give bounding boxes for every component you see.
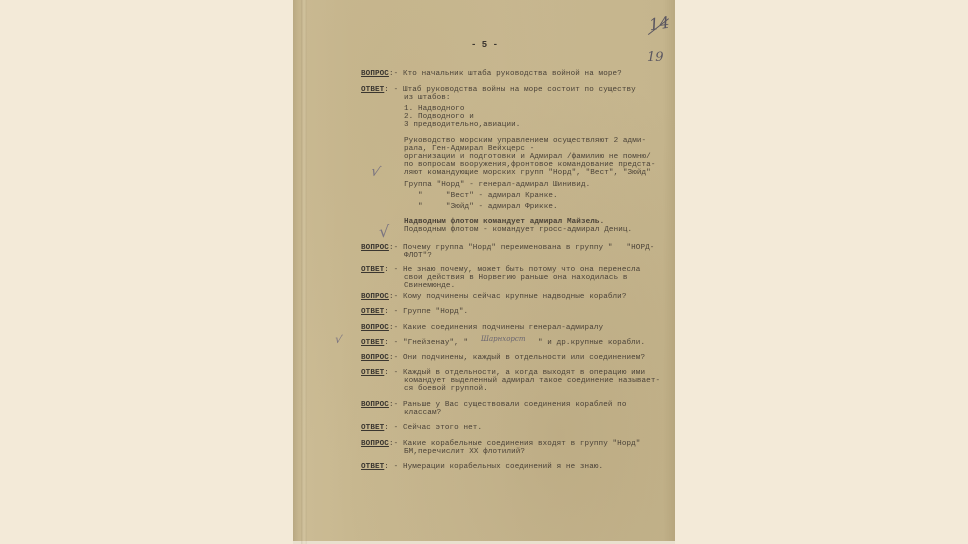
checkmark-icon: √: [379, 222, 389, 241]
paragraph-line: по вопросам вооружения,фронтовое командо…: [404, 161, 655, 169]
group-line: " "Зюйд" - адмирал Фрикке.: [404, 203, 558, 211]
staff-list-item: 2. Подводного и: [404, 113, 474, 121]
qa-question: ВОПРОС:- Какие соединения подчинены гене…: [361, 324, 603, 332]
answer-line: ся боевой группой.: [404, 385, 488, 393]
question-label: ВОПРОС: [361, 324, 389, 332]
answer-line: из штабов:: [404, 94, 451, 102]
qa-answer: ОТВЕТ: - Сейчас этого нет.: [361, 424, 482, 432]
answer-label: ОТВЕТ: [361, 369, 384, 377]
qa-question: ВОПРОС:- Кто начальник штаба руководства…: [361, 70, 622, 78]
answer-label: ОТВЕТ: [361, 308, 384, 316]
question-label: ВОПРОС: [361, 244, 389, 252]
qa-answer: ОТВЕТ: - Не знаю почему, может быть пото…: [361, 266, 640, 274]
staff-list-item: 1. Надводного: [404, 105, 465, 113]
question-line: ФЛОТ"?: [404, 252, 432, 260]
handwritten-folio-number: 19: [647, 50, 664, 65]
answer-label: ОТВЕТ: [361, 266, 384, 274]
qa-question: ВОПРОС:- Раньше у Вас существовали соеди…: [361, 401, 626, 409]
qa-answer: ОТВЕТ: - Штаб руководства войны на море …: [361, 86, 636, 94]
checkmark-icon: √: [334, 332, 343, 346]
answer-label: ОТВЕТ: [361, 86, 384, 94]
document-page: 14 19 - 5 - ВОПРОС:- Кто начальник штаба…: [293, 0, 675, 544]
handwritten-ship-name: Шарнхорст: [481, 335, 525, 343]
question-line: БМ,перечислит ХХ флотилий?: [404, 448, 525, 456]
question-label: ВОПРОС: [361, 70, 389, 78]
question-line: классам?: [404, 409, 441, 417]
answer-line: свои действия в Норвегию раньше она нахо…: [404, 274, 628, 282]
qa-question: ВОПРОС:- Почему группа "Норд" переименов…: [361, 244, 654, 252]
qa-answer: ОТВЕТ: - Нумерации корабельных соединени…: [361, 463, 603, 471]
paragraph-line: организации и подготовки и Адмирал /фами…: [404, 153, 651, 161]
group-line: Группа "Норд" - генерал-адмирал Шинивид.: [404, 181, 590, 189]
answer-label: ОТВЕТ: [361, 463, 384, 471]
page-number: - 5 -: [471, 40, 498, 50]
document-viewer: 14 19 - 5 - ВОПРОС:- Кто начальник штаба…: [0, 0, 968, 544]
question-label: ВОПРОС: [361, 440, 389, 448]
qa-question: ВОПРОС:- Какие корабельные соединения вх…: [361, 440, 640, 448]
qa-question: ВОПРОС:- Они подчинены, каждый в отдельн…: [361, 354, 645, 362]
qa-question: ВОПРОС:- Кому подчинены сейчас крупные н…: [361, 293, 626, 301]
paragraph-line: рала, Ген-Адмирал Вейхцерс -: [404, 145, 534, 153]
question-label: ВОПРОС: [361, 401, 389, 409]
answer-line: командует выделенный адмирал такое соеди…: [404, 377, 660, 385]
group-line: " "Вест" - адмирал Кранке.: [404, 192, 558, 200]
fleet-line: Надводным флотом командует адмирал Майзе…: [404, 218, 604, 226]
handwritten-archive-number: 14: [648, 13, 671, 35]
qa-answer: ОТВЕТ: - Каждый в отдельности, а когда в…: [361, 369, 645, 377]
fleet-line: Подводным флотом - командует гросс-адмир…: [404, 226, 632, 234]
answer-label: ОТВЕТ: [361, 339, 384, 347]
paragraph-line: ляют командующие морских групп "Норд", "…: [404, 169, 651, 177]
question-label: ВОПРОС: [361, 293, 389, 301]
answer-label: ОТВЕТ: [361, 424, 384, 432]
qa-answer: ОТВЕТ: - Группе "Норд".: [361, 308, 468, 316]
paragraph-line: Руководство морским управлением осуществ…: [404, 137, 646, 145]
question-label: ВОПРОС: [361, 354, 389, 362]
answer-line: Свинемюнде.: [404, 282, 455, 290]
binding-edge: [301, 0, 307, 544]
staff-list-item: 3 предводительно,авиации.: [404, 121, 520, 129]
checkmark-icon: √: [369, 163, 382, 181]
